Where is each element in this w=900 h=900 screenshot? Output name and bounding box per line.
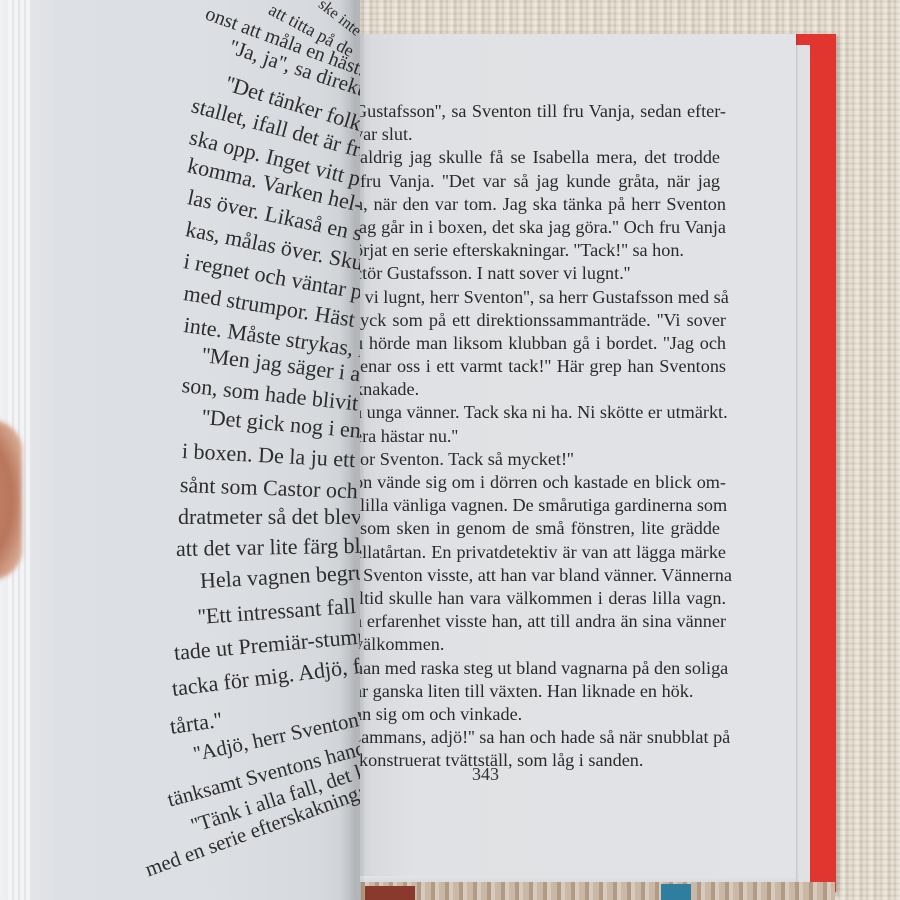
text-line: fru Vanja. ''Det var så jag kunde gråta,… bbox=[354, 170, 720, 193]
thumb-holding-page bbox=[0, 420, 22, 580]
text-line: era hästar nu.'' bbox=[354, 425, 726, 448]
text-line: renar oss i ett varmt tack!'' Här grep h… bbox=[354, 355, 726, 378]
text-line: on vände sig om i dörren och kastade en … bbox=[354, 471, 726, 494]
bookmark-ribbon bbox=[661, 884, 691, 900]
text-line: dratmeter så det blev nog ingen bbox=[178, 504, 360, 530]
right-page-text: Gustafsson'', sa Sventon till fru Vanja,… bbox=[354, 100, 726, 772]
right-page: Gustafsson'', sa Sventon till fru Vanja,… bbox=[354, 34, 796, 886]
page-number: 343 bbox=[472, 764, 499, 785]
text-line: jag går in i boxen, det ska jag göra.'' … bbox=[354, 216, 726, 239]
text-line: u hörde man liksom klubban gå i bordet. … bbox=[354, 332, 726, 355]
text-line: n, när den var tom. Jag ska tänka på her… bbox=[354, 193, 726, 216]
text-line: ellatårtan. En privatdetektiv är van att… bbox=[354, 541, 726, 564]
text-line: aldrig jag skulle få se Isabella mera, d… bbox=[354, 146, 720, 169]
text-line: välkommen. bbox=[354, 633, 726, 656]
text-line: ''Ett intressant fall på det bbox=[197, 589, 360, 630]
text-line: an sig om och vinkade. bbox=[354, 703, 726, 726]
fabric-detail bbox=[365, 886, 415, 900]
text-line: sånt som Castor och Pollux bbox=[180, 472, 360, 506]
text-line: lkonstruerat tvättställ, som låg i sande… bbox=[354, 749, 726, 772]
text-line: lltid skulle han vara välkommen i deras … bbox=[354, 587, 726, 610]
text-line: ror Sventon. Tack så mycket!'' bbox=[354, 448, 726, 471]
tablecloth-fringe bbox=[355, 882, 835, 900]
text-line: han med raska steg ut bland vagnarna på … bbox=[354, 657, 726, 680]
left-page-curled: ske inte att titta på de onst att måla e… bbox=[0, 0, 360, 900]
text-line: Gustafsson'', sa Sventon till fru Vanja,… bbox=[354, 100, 726, 123]
text-line: som sken in genom de små fönstren, lite … bbox=[354, 517, 720, 540]
text-line: r vi lugnt, herr Sventon'', sa herr Gust… bbox=[354, 286, 726, 309]
text-line: lilla vänliga vagnen. De smårutiga gardi… bbox=[354, 494, 720, 517]
text-line: att det var lite färg bland halm bbox=[176, 531, 360, 562]
text-line: knakade. bbox=[354, 378, 726, 401]
text-line: i boxen. De la ju ett kamel bbox=[181, 438, 360, 476]
text-line: örjat en serie efterskakningar. ''Tack!'… bbox=[354, 239, 726, 262]
text-line: var slut. bbox=[354, 123, 726, 146]
text-line: ryck som på ett direktionssammanträde. '… bbox=[354, 309, 726, 332]
text-line: a unga vänner. Tack ska ni ha. Ni skötte… bbox=[354, 401, 726, 424]
text-line: ctör Gustafsson. I natt sover vi lugnt.'… bbox=[354, 262, 726, 285]
text-line: sammans, adjö!'' sa han och hade så när … bbox=[354, 726, 726, 749]
text-line: . Sventon visste, att han var bland vänn… bbox=[354, 564, 726, 587]
text-line: a erfarenhet visste han, att till andra … bbox=[354, 610, 726, 633]
text-line: ar ganska liten till växten. Han liknade… bbox=[354, 680, 726, 703]
text-line: tårta.'' bbox=[168, 707, 224, 740]
